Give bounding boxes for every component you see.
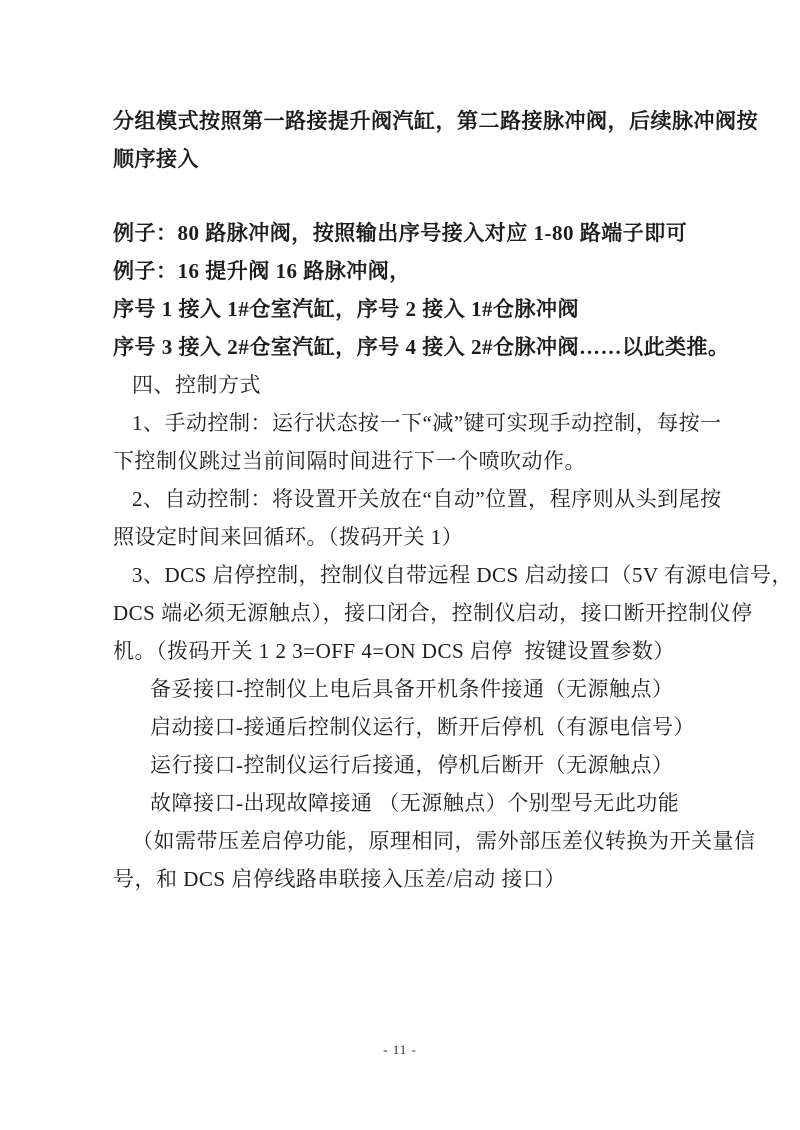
text-line: 下控制仪跳过当前间隔时间进行下一个喷吹动作。 — [113, 442, 713, 480]
text-line: 分组模式按照第一路接提升阀汽缸，第二路接脉冲阀，后续脉冲阀按 — [113, 102, 713, 140]
text-line: 例子：16 提升阀 16 路脉冲阀， — [113, 252, 713, 290]
text-line: 号，和 DCS 启停线路串联接入压差/启动 接口） — [113, 860, 713, 898]
text-line: 2、自动控制：将设置开关放在“自动”位置，程序则从头到尾按 — [113, 480, 713, 518]
text-line: 备妥接口-控制仪上电后具备开机条件接通（无源触点） — [113, 670, 713, 708]
text-line: 1、手动控制：运行状态按一下“减”键可实现手动控制，每按一 — [113, 404, 713, 442]
text-line: （如需带压差启停功能，原理相同，需外部压差仪转换为开关量信 — [113, 822, 713, 860]
document-body: 分组模式按照第一路接提升阀汽缸，第二路接脉冲阀，后续脉冲阀按顺序接入例子：80 … — [113, 102, 713, 898]
text-line: 故障接口-出现故障接通 （无源触点）个别型号无此功能 — [113, 784, 713, 822]
text-line: 机。（拨码开关 1 2 3=OFF 4=ON DCS 启停 按键设置参数） — [113, 632, 713, 670]
text-line: 照设定时间来回循环。（拨码开关 1） — [113, 518, 713, 556]
text-line: 例子：80 路脉冲阀，按照输出序号接入对应 1-80 路端子即可 — [113, 214, 713, 252]
text-line: 顺序接入 — [113, 140, 713, 178]
text-line: 序号 1 接入 1#仓室汽缸，序号 2 接入 1#仓脉冲阀 — [113, 290, 713, 328]
text-line: DCS 端必须无源触点），接口闭合，控制仪启动，接口断开控制仪停 — [113, 594, 713, 632]
document-page: 分组模式按照第一路接提升阀汽缸，第二路接脉冲阀，后续脉冲阀按顺序接入例子：80 … — [0, 0, 800, 1130]
text-line: 四、控制方式 — [113, 366, 713, 404]
text-line: 运行接口-控制仪运行后接通，停机后断开（无源触点） — [113, 746, 713, 784]
blank-line — [113, 178, 713, 214]
text-line: 序号 3 接入 2#仓室汽缸，序号 4 接入 2#仓脉冲阀……以此类推。 — [113, 328, 713, 366]
text-line: 启动接口-接通后控制仪运行，断开后停机（有源电信号） — [113, 708, 713, 746]
text-line: 3、DCS 启停控制，控制仪自带远程 DCS 启动接口（5V 有源电信号， — [113, 556, 713, 594]
page-number: - 11 - — [0, 1042, 800, 1058]
